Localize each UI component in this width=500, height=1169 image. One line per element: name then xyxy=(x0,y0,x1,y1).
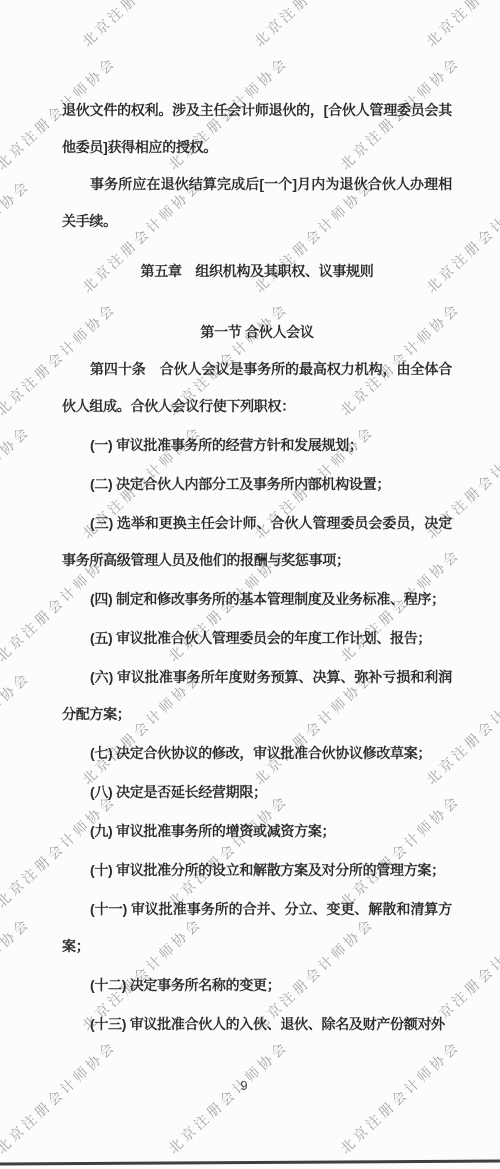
list-item-13: (十三) 审议批准合伙人的入伙、退伙、除名及财产份额对外 xyxy=(62,1006,452,1043)
list-item-12: (十二) 决定事务所名称的变更； xyxy=(62,967,452,1004)
list-item-2: (二) 决定合伙人内部分工及事务所内部机构设置； xyxy=(62,466,452,503)
page-number: 9 xyxy=(0,1078,488,1093)
paragraph-article-40: 第四十条 合伙人会议是事务所的最高权力机构，由全体合伙人组成。合伙人会议行使下列… xyxy=(62,351,452,425)
list-item-6: (六) 审议批准事务所年度财务预算、决算、弥补亏损和利润分配方案； xyxy=(62,659,452,733)
list-item-8: (八) 决定是否延长经营期限； xyxy=(62,774,452,811)
paragraph-settlement-period: 事务所应在退伙结算完成后[一个]月内为退伙合伙人办理相关手续。 xyxy=(62,166,452,240)
watermark-text: 北京注册会计师协会 xyxy=(164,1036,293,1158)
list-item-3: (三) 选举和更换主任会计师、合伙人管理委员会委员，决定事务所高级管理人员及他们… xyxy=(62,505,452,579)
list-item-11: (十一) 审议批准事务所的合并、分立、变更、解散和清算方案； xyxy=(62,891,452,965)
list-item-4: (四) 制定和修改事务所的基本管理制度及业务标准、程序； xyxy=(62,581,452,618)
scan-edge-line xyxy=(0,1159,500,1165)
watermark-text: 北京注册会计师协会 xyxy=(0,175,34,297)
watermark-text: 北京注册会计师协会 xyxy=(0,0,34,51)
document-page: 北京注册会计师协会北京注册会计师协会北京注册会计师协会北京注册会计师协会北京注册… xyxy=(0,0,500,1169)
chapter-heading: 第五章 组织机构及其职权、议事规则 xyxy=(62,253,452,290)
watermark-text: 北京注册会计师协会 xyxy=(250,0,379,51)
list-item-7: (七) 决定合伙协议的修改，审议批准合伙协议修改草案； xyxy=(62,735,452,772)
watermark-text: 北京注册会计师协会 xyxy=(0,913,34,1035)
watermark-text: 北京注册会计师协会 xyxy=(0,1036,120,1158)
list-item-1: (一) 审议批准事务所的经营方针和发展规划； xyxy=(62,427,452,464)
paragraph-retirement-rights: 退伙文件的权利。涉及主任会计师退伙的，[合伙人管理委员会其他委员]获得相应的授权… xyxy=(62,92,452,166)
document-body: 退伙文件的权利。涉及主任会计师退伙的，[合伙人管理委员会其他委员]获得相应的授权… xyxy=(62,92,452,1043)
section-heading: 第一节 合伙人会议 xyxy=(62,314,452,351)
watermark-text: 北京注册会计师协会 xyxy=(0,667,34,789)
watermark-text: 北京注册会计师协会 xyxy=(0,421,34,543)
watermark-text: 北京注册会计师协会 xyxy=(78,0,207,51)
list-item-5: (五) 审议批准合伙人管理委员会的年度工作计划、报告； xyxy=(62,620,452,657)
watermark-text: 北京注册会计师协会 xyxy=(422,0,500,51)
watermark-text: 北京注册会计师协会 xyxy=(336,1036,465,1158)
list-item-10: (十) 审议批准分所的设立和解散方案及对分所的管理方案； xyxy=(62,852,452,889)
list-item-9: (九) 审议批准事务所的增资或减资方案； xyxy=(62,813,452,850)
